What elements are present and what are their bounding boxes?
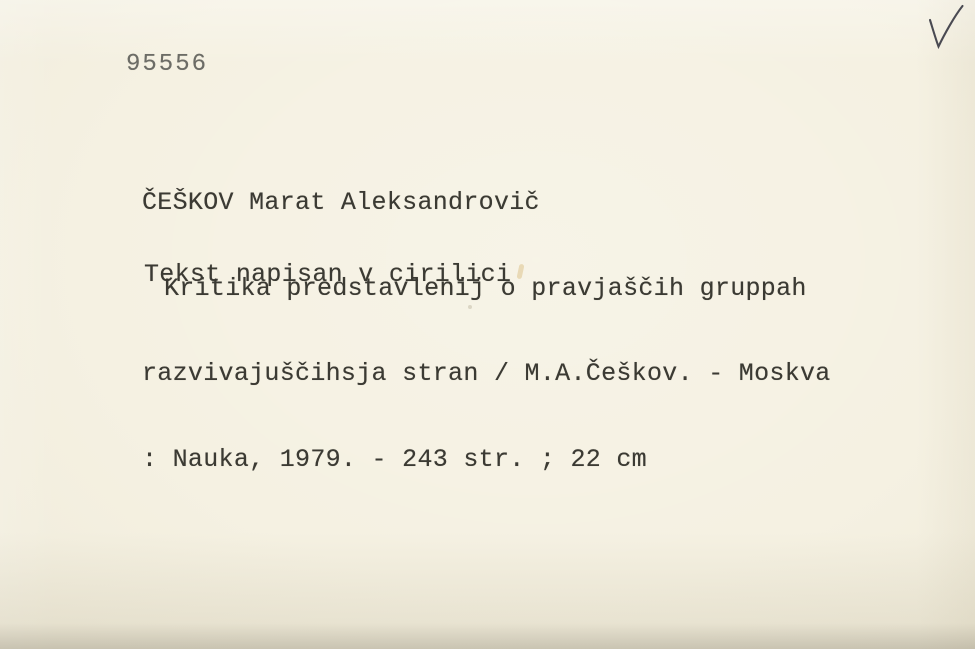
- paper-smudge: [468, 305, 472, 309]
- card-heading: ČEŠKOV Marat Aleksandrovič: [142, 189, 831, 218]
- checkmark-icon: [916, 2, 975, 60]
- card-entry-text: ČEŠKOV Marat Aleksandrovič Kritika preds…: [142, 132, 831, 531]
- note-line: Tekst napisan v cirilici: [144, 261, 511, 290]
- body-line: : Nauka, 1979. - 243 str. ; 22 cm: [142, 446, 831, 475]
- catalog-number-stamp: 95556: [126, 52, 208, 78]
- body-line: razvivajuščihsja stran / M.A.Češkov. - M…: [142, 360, 831, 389]
- catalog-card: 95556 ČEŠKOV Marat Aleksandrovič Kritika…: [0, 0, 975, 649]
